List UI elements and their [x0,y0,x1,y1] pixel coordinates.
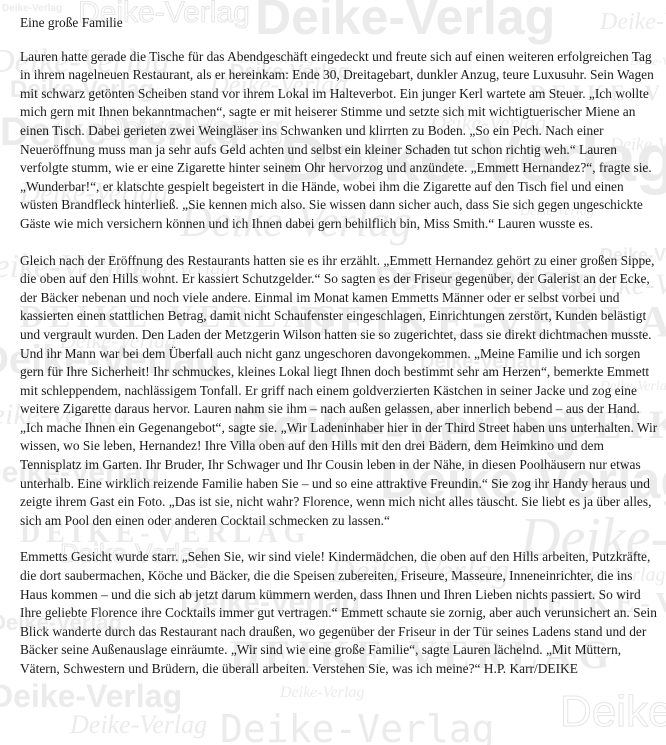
article: Eine große Familie Lauren hatte gerade d… [20,14,660,697]
paragraph-1: Lauren hatte gerade die Tische für das A… [20,48,660,234]
watermark: Deike-Verlag [220,710,495,745]
paragraph-2: Gleich nach der Eröffnung des Restaurant… [20,252,660,531]
watermark: Deike-Verlag [2,4,62,14]
paragraph-3: Emmetts Gesicht wurde starr. „Sehen Sie,… [20,548,660,678]
watermark: Deike-Verlag [560,690,666,734]
watermark: Deike-Verlag [70,712,207,738]
article-title: Eine große Familie [20,14,660,33]
